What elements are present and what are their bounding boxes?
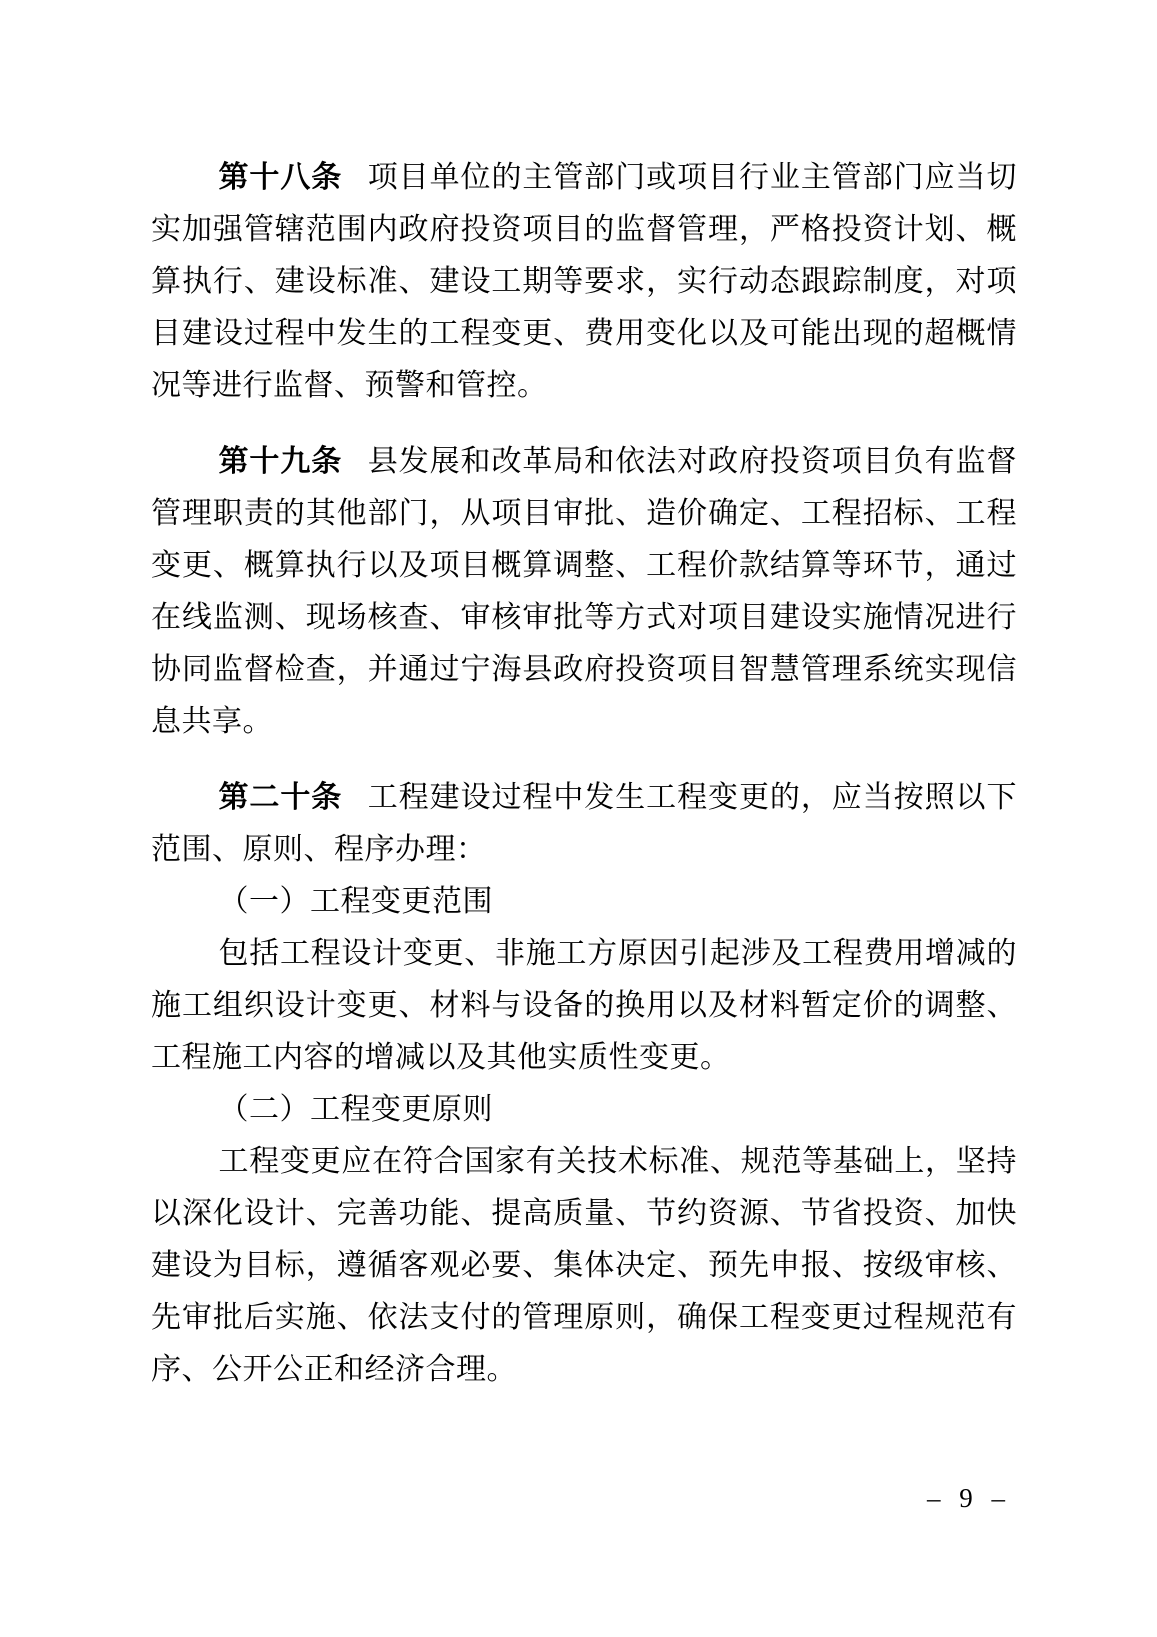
clause-1-heading: （一）工程变更范围	[151, 876, 1017, 928]
clause-1-body: 包括工程设计变更、非施工方原因引起涉及工程费用增减的施工组织设计变更、材料与设备…	[151, 928, 1017, 1084]
clause-2-heading: （二）工程变更原则	[151, 1084, 1017, 1136]
document-body: 第十八条项目单位的主管部门或项目行业主管部门应当切实加强管辖范围内政府投资项目的…	[151, 152, 1017, 1396]
article-20-number: 第二十条	[219, 781, 343, 814]
clause-2-body: 工程变更应在符合国家有关技术标准、规范等基础上，坚持以深化设计、完善功能、提高质…	[151, 1136, 1017, 1396]
document-page: 第十八条项目单位的主管部门或项目行业主管部门应当切实加强管辖范围内政府投资项目的…	[0, 0, 1157, 1637]
article-20-paragraph: 第二十条工程建设过程中发生工程变更的，应当按照以下范围、原则、程序办理：	[151, 772, 1017, 876]
article-19-text: 县发展和改革局和依法对政府投资项目负有监督管理职责的其他部门，从项目审批、造价确…	[151, 445, 1017, 738]
article-18-number: 第十八条	[219, 161, 343, 194]
article-19-number: 第十九条	[219, 445, 343, 478]
page-number: – 9 –	[927, 1482, 1011, 1514]
article-18-text: 项目单位的主管部门或项目行业主管部门应当切实加强管辖范围内政府投资项目的监督管理…	[151, 161, 1017, 402]
article-19-paragraph: 第十九条县发展和改革局和依法对政府投资项目负有监督管理职责的其他部门，从项目审批…	[151, 436, 1017, 748]
article-18-paragraph: 第十八条项目单位的主管部门或项目行业主管部门应当切实加强管辖范围内政府投资项目的…	[151, 152, 1017, 412]
